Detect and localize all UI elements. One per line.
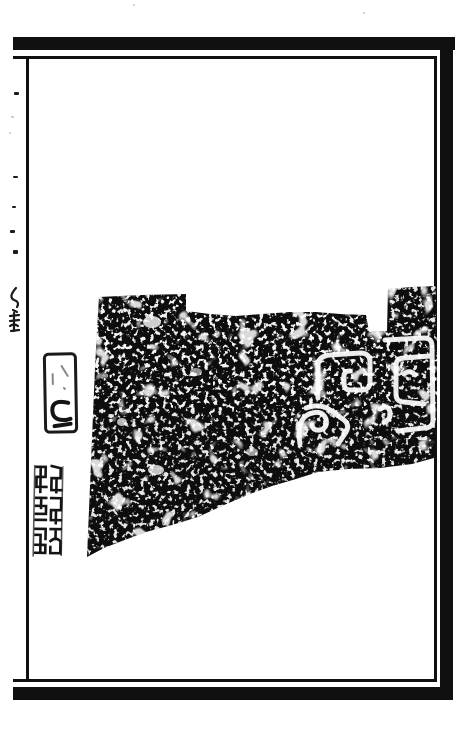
- collector-seal-stamp: [33, 466, 63, 556]
- upper-outline-seal: [44, 354, 76, 433]
- bronze-rubbing: [80, 280, 445, 570]
- book-page: [0, 0, 468, 735]
- margin-note-handwriting: [10, 288, 19, 331]
- plate-artwork: [0, 0, 468, 735]
